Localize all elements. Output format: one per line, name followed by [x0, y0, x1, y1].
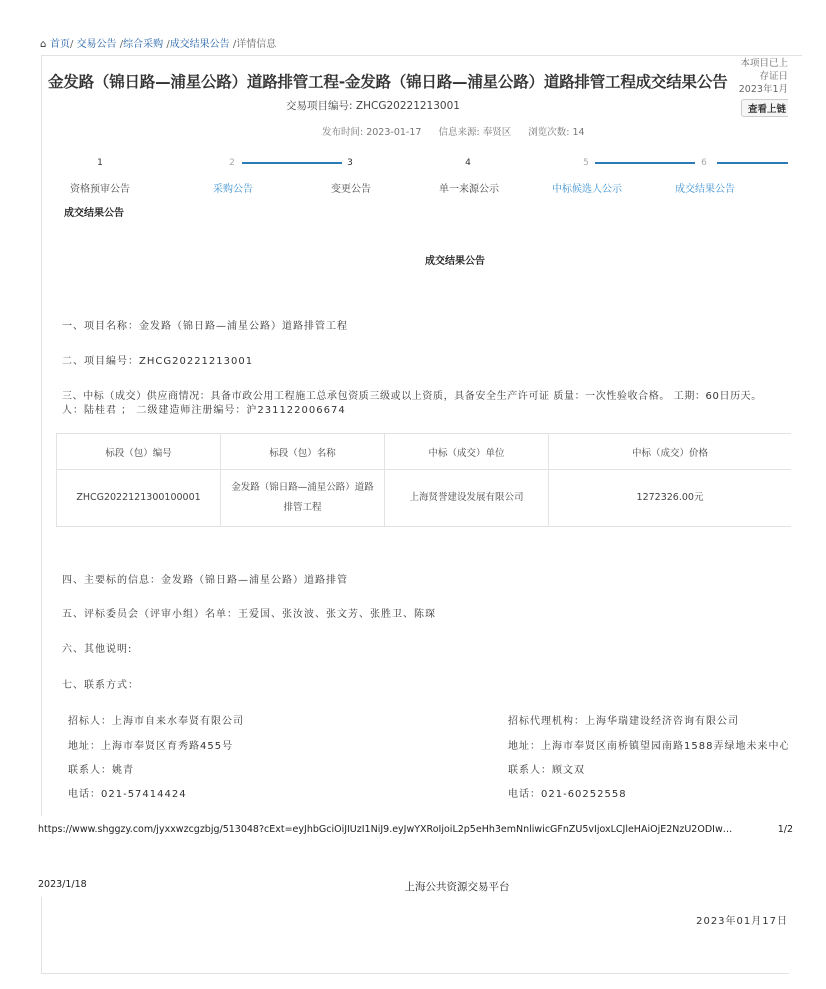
step-1-number: 1	[90, 158, 110, 168]
item-project-name: 一、项目名称：金发路（锦日路—浦星公路）道路排管工程	[62, 317, 348, 332]
item-supplier-info-cont: 人：陆桂君 ； 二级建造师注册编号：沪231122006674	[62, 401, 346, 416]
step-3-number: 3	[340, 158, 360, 168]
step-2-number: 2	[222, 158, 242, 168]
project-number: 交易项目编号: ZHCG20221213001	[0, 98, 746, 113]
sign-date: 2023年01月17日	[696, 912, 788, 927]
step-connector	[717, 162, 788, 164]
print-page-number: 1/2	[778, 824, 793, 835]
breadcrumb-result-notice[interactable]: 成交结果公告	[170, 39, 230, 50]
item-main-subject: 四、主要标的信息：金发路（锦日路—浦星公路）道路排管	[62, 571, 348, 586]
column-header: 中标（成交）单位	[385, 434, 549, 470]
step-5-number: 5	[576, 158, 596, 168]
step-connector	[242, 162, 342, 164]
step-result-notice[interactable]: 成交结果公告	[650, 180, 760, 195]
step-4-number: 4	[458, 158, 478, 168]
item-committee: 五、评标委员会（评审小组）名单：王爱国、张汝波、张文芳、张胜卫、陈琛	[62, 605, 436, 620]
step-6-number: 6	[694, 158, 714, 168]
agency-address: 地址：上海市奉贤区南桥镇望园南路1588弄绿地未来中心	[508, 737, 788, 752]
home-icon[interactable]: ⌂	[40, 39, 50, 50]
item-project-number: 二、项目编号：ZHCG20221213001	[62, 352, 253, 367]
cell-lot-number: ZHCG2022121300100001	[57, 470, 221, 527]
cell-lot-name: 金发路（锦日路—浦星公路）道路排管工程	[221, 470, 385, 527]
step-procurement-notice[interactable]: 采购公告	[178, 180, 288, 195]
cell-winner: 上海贤誉建设发展有限公司	[385, 470, 549, 527]
column-header: 中标（成交）价格	[549, 434, 792, 470]
step-candidate-notice[interactable]: 中标候选人公示	[532, 180, 642, 195]
item-other: 六、其他说明:	[62, 640, 132, 655]
publish-time: 发布时间: 2023-01-17	[322, 127, 421, 138]
table-header-row: 标段（包）编号 标段（包）名称 中标（成交）单位 中标（成交）价格	[57, 434, 792, 470]
breadcrumb-current: 详情信息	[236, 39, 276, 50]
breadcrumb: ⌂首页/ 交易公告 /综合采购 /成交结果公告 /详情信息	[40, 35, 276, 50]
step-connector	[595, 162, 695, 164]
step-single-source[interactable]: 单一来源公示	[414, 180, 524, 195]
item-supplier-info: 三、中标（成交）供应商情况：具备市政公用工程施工总承包资质三级或以上资质，具备安…	[62, 387, 762, 402]
step-change-notice[interactable]: 变更公告	[296, 180, 406, 195]
breadcrumb-home[interactable]: 首页	[50, 39, 70, 50]
agency-org: 招标代理机构：上海华瑞建设经济咨询有限公司	[508, 712, 739, 727]
column-header: 标段（包）名称	[221, 434, 385, 470]
view-chain-button[interactable]: 查看上链	[741, 99, 788, 117]
breadcrumb-trade-notice[interactable]: 交易公告	[77, 39, 117, 50]
agency-person: 联系人：顾文双	[508, 761, 585, 776]
breadcrumb-procurement[interactable]: 综合采购	[123, 39, 163, 50]
print-site-title: 上海公共资源交易平台	[0, 879, 826, 894]
step-prequalification[interactable]: 资格预审公告	[45, 180, 155, 195]
info-source: 信息来源: 奉贤区	[438, 127, 511, 138]
print-url: https://www.shggzy.com/jyxxwzcgzbjg/5130…	[38, 824, 732, 835]
content-panel-continued	[41, 897, 789, 974]
bid-result-table: 标段（包）编号 标段（包）名称 中标（成交）单位 中标（成交）价格 ZHCG20…	[56, 433, 791, 527]
column-header: 标段（包）编号	[57, 434, 221, 470]
table-row: ZHCG2022121300100001 金发路（锦日路—浦星公路）道路排管工程…	[57, 470, 792, 527]
view-count: 浏览次数: 14	[528, 127, 584, 138]
agency-phone: 电话：021-60252558	[508, 785, 627, 800]
tenderer-org: 招标人：上海市自来水奉贤有限公司	[68, 712, 244, 727]
meta-info: 发布时间: 2023-01-17 信息来源: 奉贤区 浏览次数: 14	[322, 124, 599, 138]
blockchain-notice: 本项目已上 存证日 2023年1月	[708, 57, 788, 96]
cell-price: 1272326.00元	[549, 470, 792, 527]
tenderer-person: 联系人：姚青	[68, 761, 134, 776]
section-title: 成交结果公告	[64, 204, 124, 219]
tenderer-address: 地址：上海市奉贤区育秀路455号	[68, 737, 233, 752]
content-title: 成交结果公告	[0, 252, 826, 267]
item-contact: 七、联系方式：	[62, 676, 139, 691]
page-title: 金发路（锦日路—浦星公路）道路排管工程-金发路（锦日路—浦星公路）道路排管工程成…	[48, 70, 727, 92]
tenderer-phone: 电话：021-57414424	[68, 785, 187, 800]
